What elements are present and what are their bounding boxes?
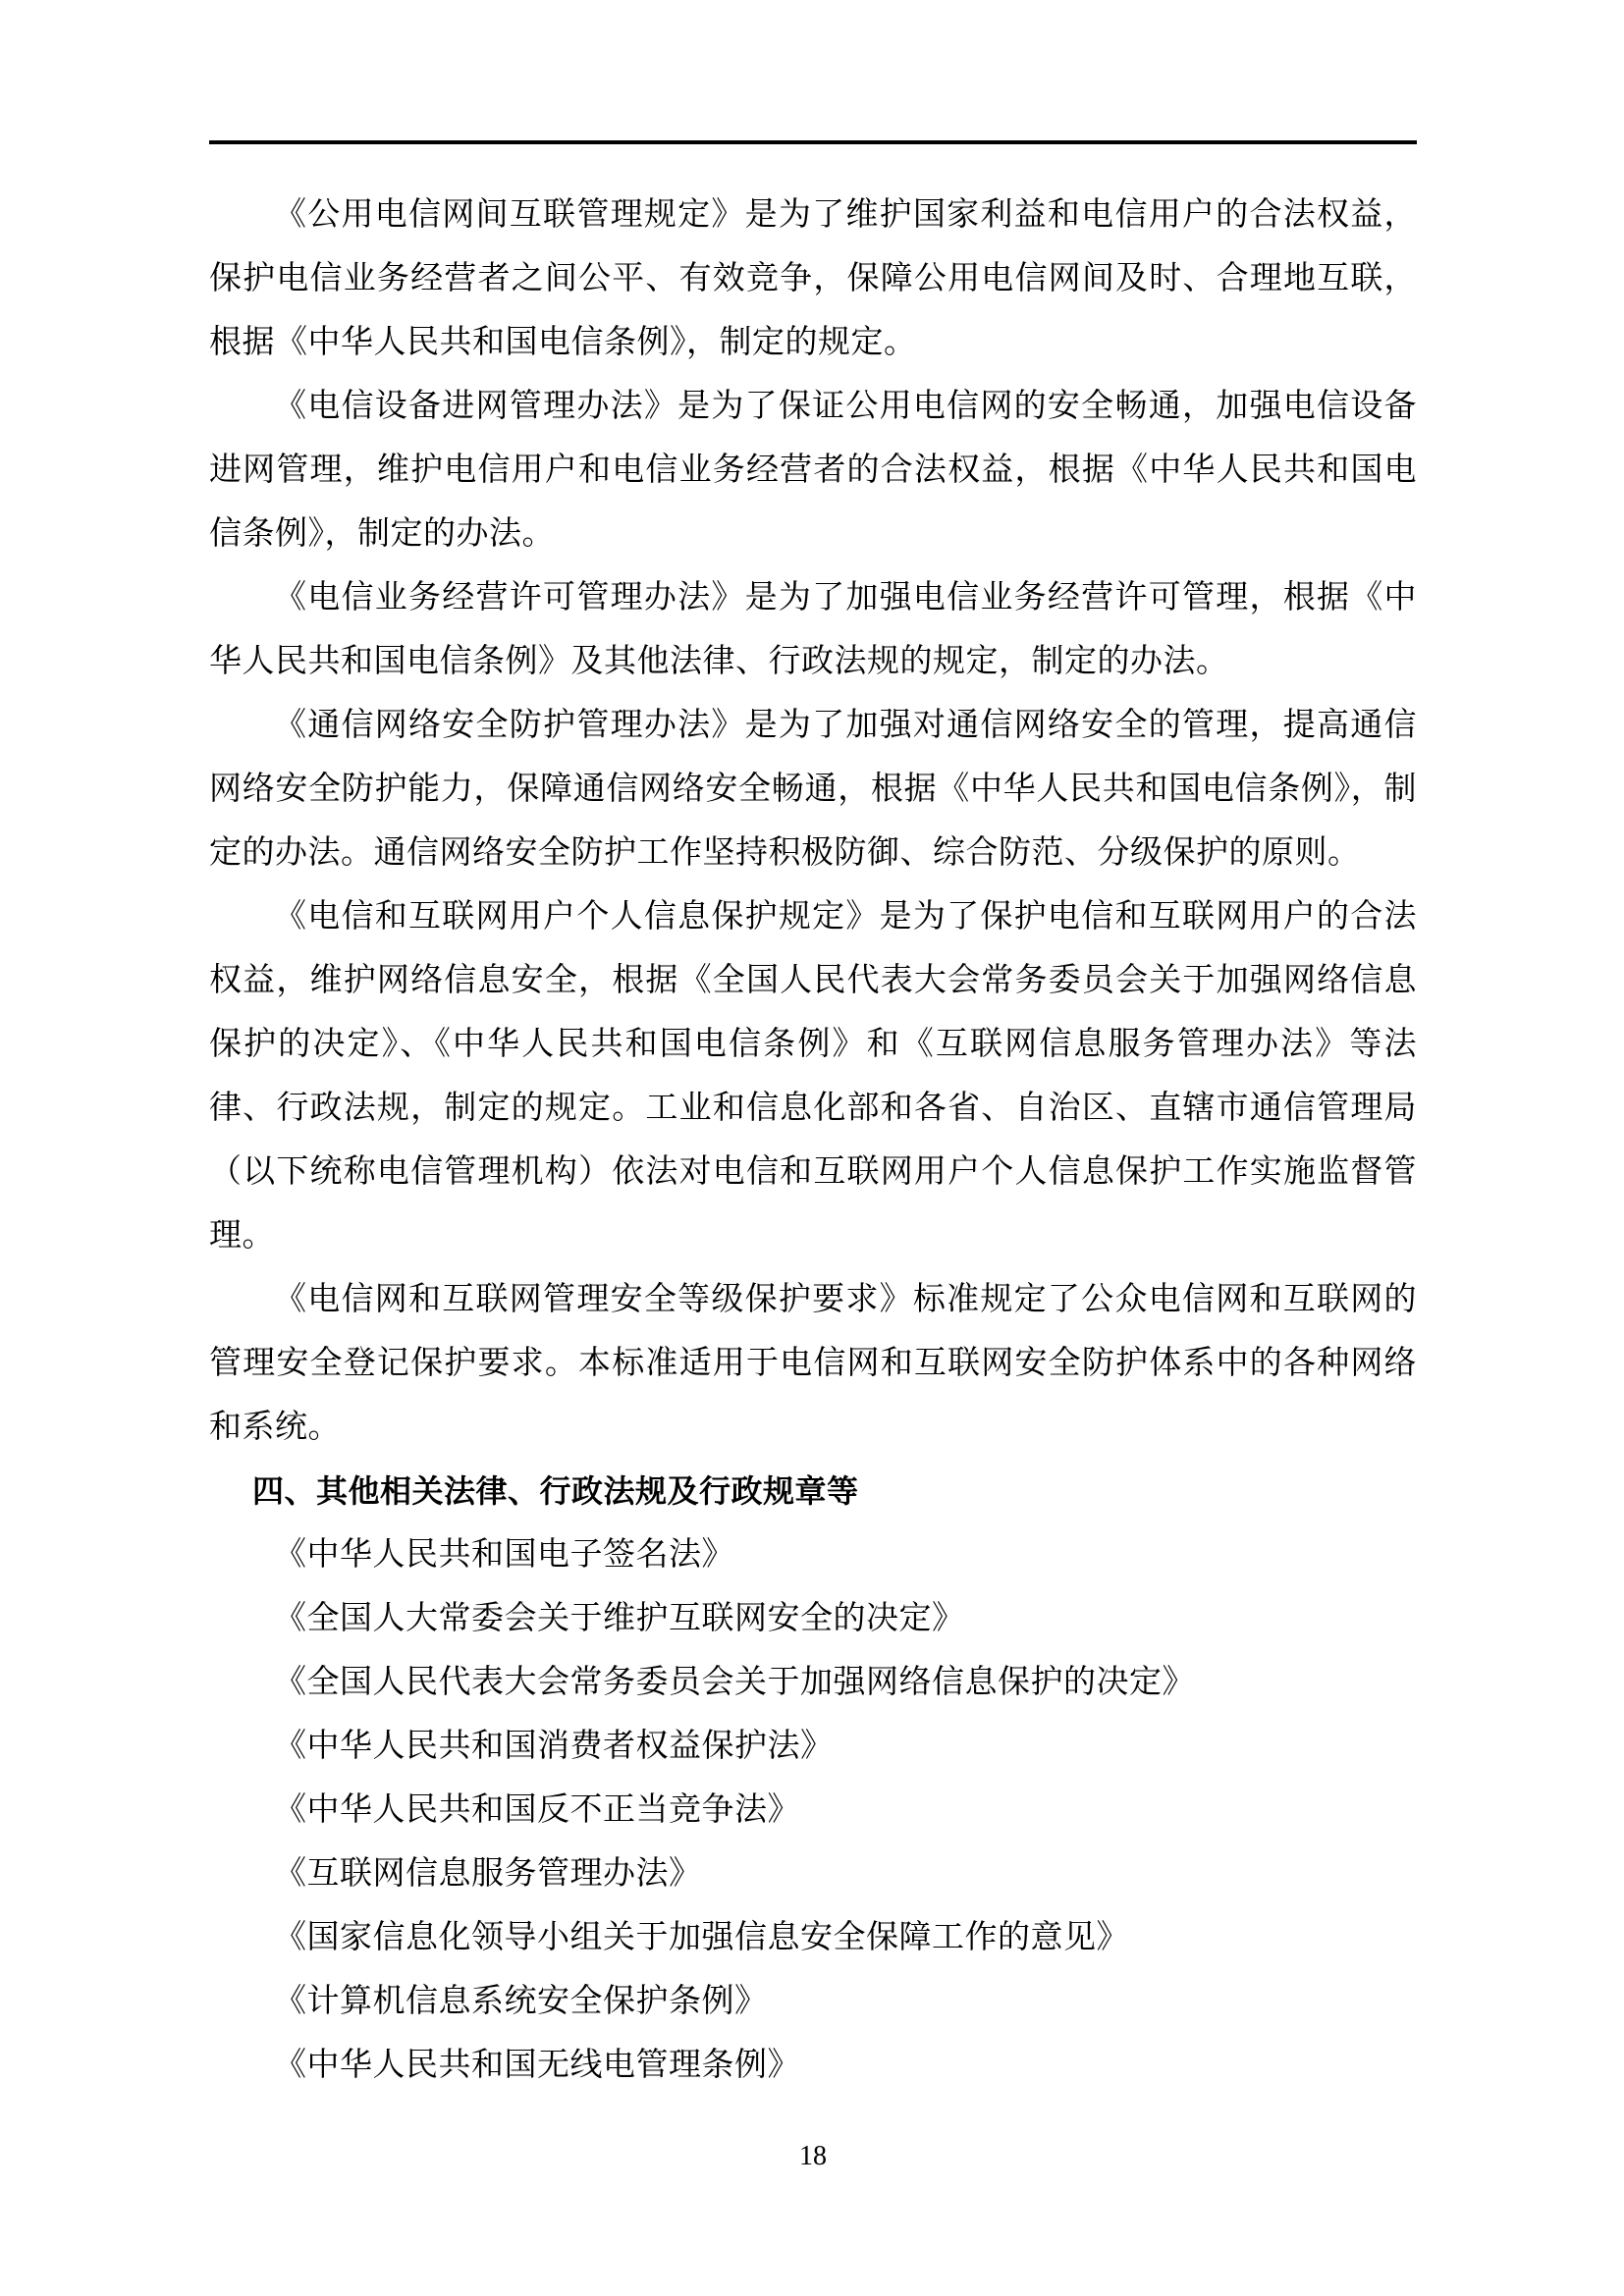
paragraph-5: 《电信和互联网用户个人信息保护规定》是为了保护电信和互联网用户的合法权益，维护网… [209, 885, 1417, 1268]
header-rule [209, 140, 1417, 144]
law-list-item-9: 《中华人民共和国无线电管理条例》 [209, 2034, 1417, 2098]
page-number: 18 [209, 2140, 1417, 2173]
law-list-item-2: 《全国人大常委会关于维护互联网安全的决定》 [209, 1587, 1417, 1651]
paragraph-1: 《公用电信网间互联管理规定》是为了维护国家利益和电信用户的合法权益，保护电信业务… [209, 184, 1417, 375]
law-list-item-3: 《全国人民代表大会常务委员会关于加强网络信息保护的决定》 [209, 1651, 1417, 1715]
law-list-item-4: 《中华人民共和国消费者权益保护法》 [209, 1715, 1417, 1779]
document-page: 《公用电信网间互联管理规定》是为了维护国家利益和电信用户的合法权益，保护电信业务… [0, 0, 1624, 2296]
paragraph-2: 《电信设备进网管理办法》是为了保证公用电信网的安全畅通，加强电信设备进网管理，维… [209, 375, 1417, 566]
section-heading: 四、其他相关法律、行政法规及行政规章等 [209, 1460, 1417, 1523]
paragraph-3: 《电信业务经营许可管理办法》是为了加强电信业务经营许可管理，根据《中华人民共和国… [209, 566, 1417, 694]
law-list-item-1: 《中华人民共和国电子签名法》 [209, 1523, 1417, 1587]
paragraph-6: 《电信网和互联网管理安全等级保护要求》标准规定了公众电信网和互联网的管理安全登记… [209, 1268, 1417, 1460]
law-list-item-6: 《互联网信息服务管理办法》 [209, 1842, 1417, 1906]
paragraph-4: 《通信网络安全防护管理办法》是为了加强对通信网络安全的管理，提高通信网络安全防护… [209, 694, 1417, 885]
document-content: 《公用电信网间互联管理规定》是为了维护国家利益和电信用户的合法权益，保护电信业务… [209, 184, 1417, 2098]
law-list-item-5: 《中华人民共和国反不正当竞争法》 [209, 1779, 1417, 1842]
law-list-item-7: 《国家信息化领导小组关于加强信息安全保障工作的意见》 [209, 1906, 1417, 1970]
law-list-item-8: 《计算机信息系统安全保护条例》 [209, 1970, 1417, 2034]
